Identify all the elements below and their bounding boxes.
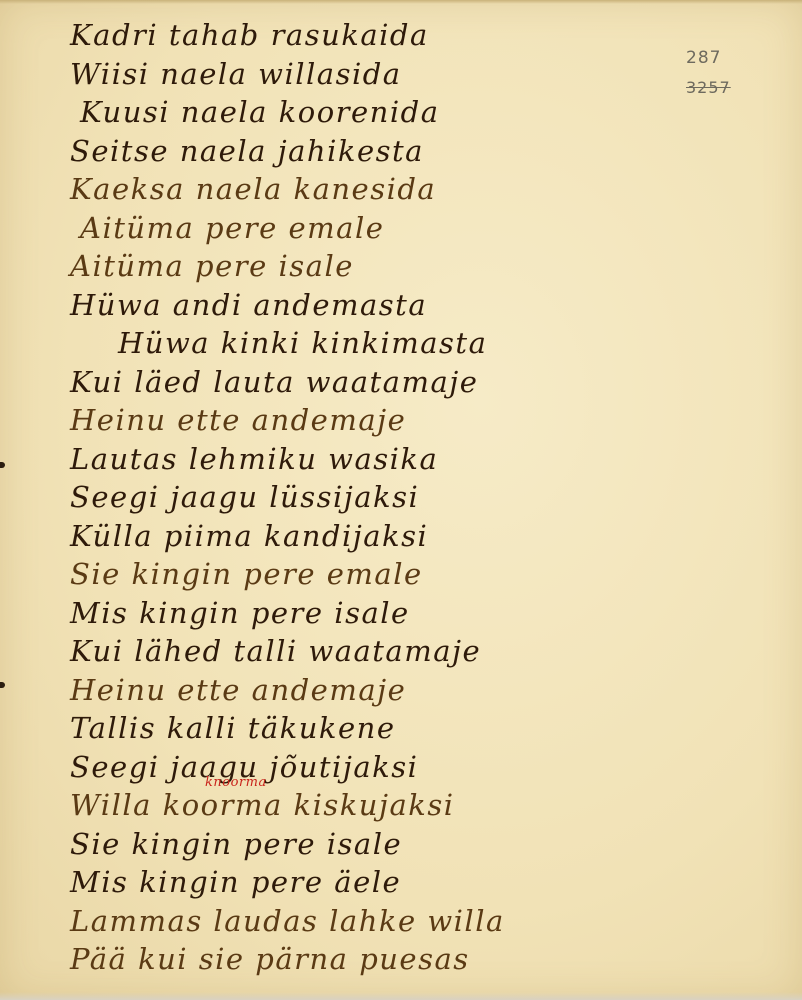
verse-lines: Kadri tahab rasukaida Wiisi naela willas… (70, 16, 750, 979)
red-correction-note: knoorma (205, 775, 267, 790)
verse-line: Külla piima kandijaksi (70, 517, 750, 556)
verse-line: Seitse naela jahikesta (70, 132, 750, 171)
verse-line: Kui lähed talli waatamaje (70, 632, 750, 671)
verse-line: Sie kingin pere emale (70, 555, 750, 594)
verse-line: Lautas lehmiku wasika (70, 440, 750, 479)
verse-line: Wiisi naela willasida (70, 55, 750, 94)
verse-line: Hüwa andi andemasta (70, 286, 750, 325)
verse-line: Sie kingin pere isale (70, 825, 750, 864)
verse-line: Aitüma pere emale (70, 209, 750, 248)
verse-line: Heinu ette andemaje (70, 401, 750, 440)
verse-line: Aitüma pere isale (70, 247, 750, 286)
verse-line: Heinu ette andemaje (70, 671, 750, 710)
verse-line: Kaeksa naela kanesida (70, 170, 750, 209)
verse-line: Kuusi naela koorenida (70, 93, 750, 132)
verse-line: Kui läed lauta waatamaje (70, 363, 750, 402)
verse-line: Seegi jaagu lüssijaksi (70, 478, 750, 517)
paper-top-edge (0, 0, 802, 4)
verse-line: Mis kingin pere isale (70, 594, 750, 633)
binding-hole (0, 462, 5, 468)
verse-line: Kadri tahab rasukaida (70, 16, 750, 55)
verse-line: Mis kingin pere äele (70, 863, 750, 902)
paper-bottom-edge (0, 992, 802, 1000)
verse-line: Willa koorma kiskujaksi (70, 786, 750, 825)
manuscript-page: 287 3257 Kadri tahab rasukaida Wiisi nae… (0, 0, 802, 1000)
verse-line: Tallis kalli täkukene (70, 709, 750, 748)
binding-hole (0, 682, 5, 688)
verse-line: Pää kui sie pärna puesas (70, 940, 750, 979)
verse-line: Seegi jaagu jõutijaksi (70, 748, 750, 787)
verse-line: Lammas laudas lahke willa (70, 902, 750, 941)
verse-line: Hüwa kinki kinkimasta (70, 324, 750, 363)
